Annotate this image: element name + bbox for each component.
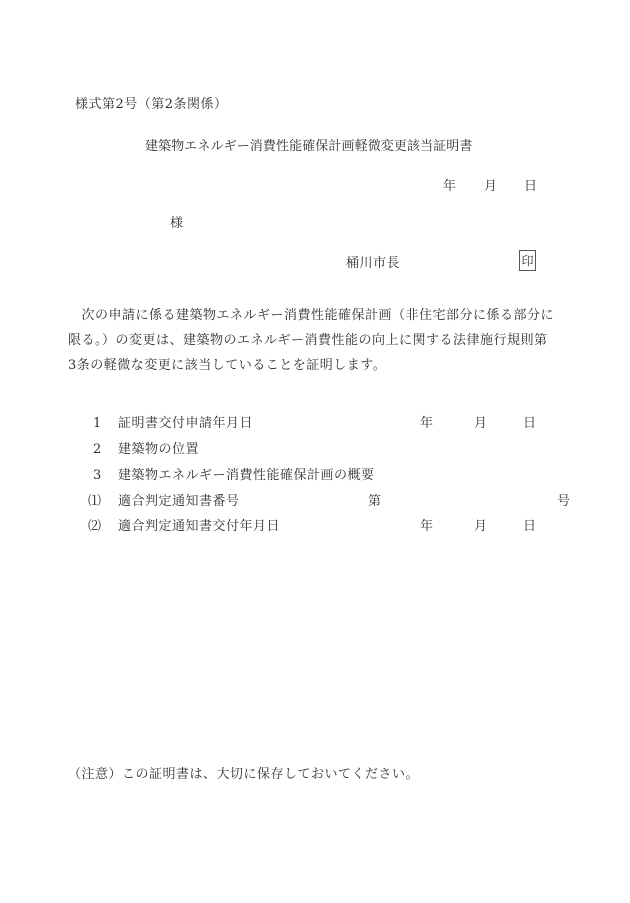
item-3-2-year-label: 年 [420, 519, 434, 535]
issuer-title: 桶川市長 [346, 256, 400, 272]
item-3-1-number-prefix: 第 [368, 494, 382, 510]
item-2-label: 建築物の位置 [118, 442, 199, 458]
issue-date-month-label: 月 [484, 179, 498, 195]
certificate-document: 様式第2号（第2条関係） 建築物エネルギー消費性能確保計画軽微変更該当証明書 年… [0, 0, 630, 903]
seal-stamp-label: 印 [521, 255, 533, 267]
body-paragraph-line-2: 限る。）の変更は、建築物のエネルギー消費性能の向上に関する法律施行規則第 [68, 333, 548, 349]
item-3-1-number-suffix: 号 [557, 494, 571, 510]
body-paragraph-line-1: 次の申請に係る建築物エネルギー消費性能確保計画（非住宅部分に係る部分に [68, 308, 554, 324]
form-number: 様式第2号（第2条関係） [75, 97, 228, 113]
body-paragraph-line-3: 3条の軽微な変更に該当していることを証明します。 [68, 358, 386, 374]
item-1-month-label: 月 [474, 416, 488, 432]
addressee-honorific: 様 [170, 216, 184, 232]
item-1-number: 1 [93, 416, 102, 432]
item-3-2-month-label: 月 [474, 519, 488, 535]
item-1-label: 証明書交付申請年月日 [118, 416, 253, 432]
document-title: 建築物エネルギー消費性能確保計画軽微変更該当証明書 [145, 139, 473, 155]
seal-stamp-box: 印 [519, 250, 536, 271]
item-3-1-label: 適合判定通知書番号 [118, 494, 240, 510]
item-3-number: 3 [93, 468, 102, 484]
item-2-number: 2 [93, 442, 102, 458]
item-3-2-label: 適合判定通知書交付年月日 [118, 519, 280, 535]
item-3-1-number: ⑴ [88, 494, 102, 510]
item-1-year-label: 年 [420, 416, 434, 432]
item-1-day-label: 日 [523, 416, 537, 432]
issue-date-year-label: 年 [443, 179, 457, 195]
item-3-label: 建築物エネルギー消費性能確保計画の概要 [118, 468, 375, 484]
issue-date-day-label: 日 [524, 179, 538, 195]
item-3-2-number: ⑵ [88, 519, 102, 535]
item-3-2-day-label: 日 [523, 519, 537, 535]
caution-note: （注意）この証明書は、大切に保存しておいてください。 [68, 767, 419, 783]
